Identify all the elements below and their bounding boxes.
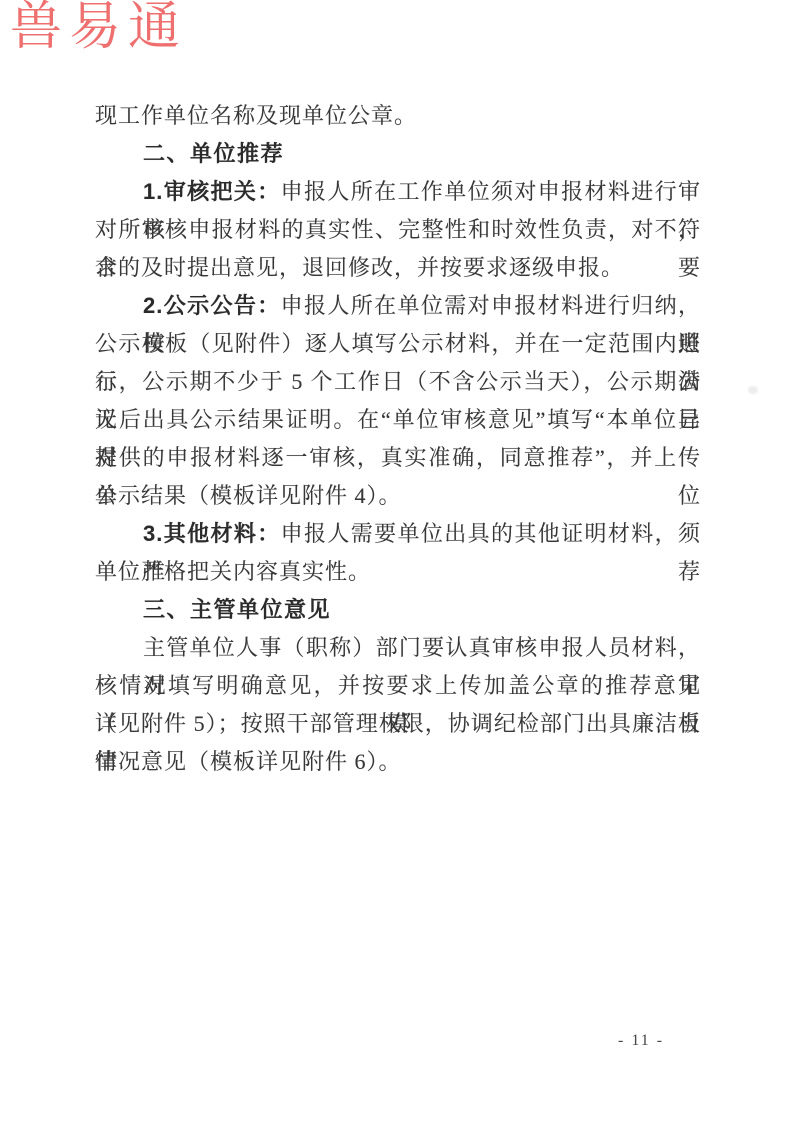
text-line: 主管单位人事（职称）部门要认真审核申报人员材料，对审: [95, 629, 701, 667]
page-number: - 11 -: [618, 1032, 664, 1050]
text-line: 2.公示公告：申报人所在单位需对申报材料进行归纳，按照: [95, 287, 701, 325]
text-line: 1.审核把关：申报人所在工作单位须对申报材料进行审核，: [95, 173, 701, 211]
text-line: 现工作单位名称及现单位公章。: [95, 97, 701, 135]
section-heading: 二、单位推荐: [95, 135, 701, 173]
document-text-column: 现工作单位名称及现单位公章。二、单位推荐1.审核把关：申报人所在工作单位须对申报…: [95, 97, 701, 781]
text-line: 核情况填写明确意见，并按要求上传加盖公章的推荐意见（模板: [95, 667, 701, 705]
scan-smudge: [748, 386, 758, 394]
text-line: 3.其他材料：申报人需要单位出具的其他证明材料，须推荐: [95, 515, 701, 553]
paragraph-lead: 2.公示公告：: [143, 293, 281, 318]
watermark-logo: 兽易通: [10, 2, 187, 54]
text-line: 公示模板（见附件）逐人填写公示材料，并在一定范围内进行公: [95, 325, 701, 363]
text-line: 详见附件 5）；按照干部管理权限，协调纪检部门出具廉洁自律: [95, 705, 701, 743]
paragraph-lead: 1.审核把关：: [143, 179, 281, 204]
text-line: 求的及时提出意见，退回修改，并按要求逐级申报。: [95, 249, 701, 287]
text-line: 议后出具公示结果证明。在“单位审核意见”填写“本单位已对: [95, 401, 701, 439]
document-page: 兽易通 现工作单位名称及现单位公章。二、单位推荐1.审核把关：申报人所在工作单位…: [0, 0, 793, 1121]
paragraph-lead: 3.其他材料：: [143, 521, 281, 546]
text-line: 提供的申报材料逐一审核，真实准确，同意推荐”，并上传单位: [95, 439, 701, 477]
text-line: 对所审核申报材料的真实性、完整性和时效性负责，对不符合要: [95, 211, 701, 249]
section-heading: 三、主管单位意见: [95, 591, 701, 629]
text-line: 示，公示期不少于 5 个工作日（不含公示当天），公示期满无异: [95, 363, 701, 401]
text-line: 情况意见（模板详见附件 6）。: [95, 743, 701, 781]
